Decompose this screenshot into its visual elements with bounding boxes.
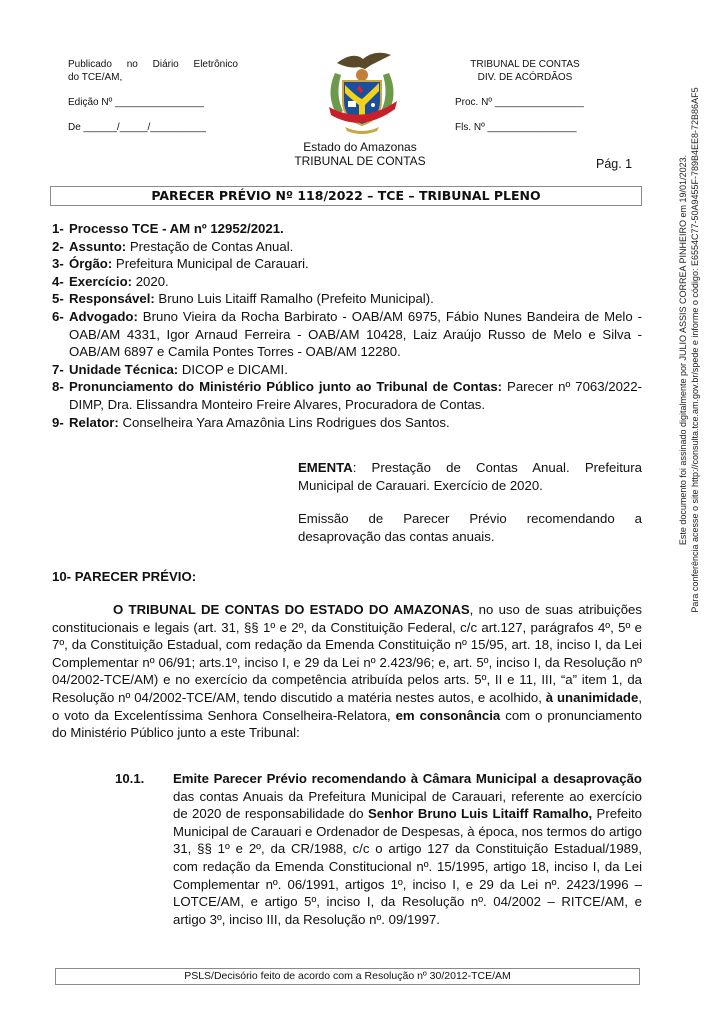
item-number: 6- bbox=[52, 308, 69, 361]
item-text: Relator: Conselheira Yara Amazônia Lins … bbox=[69, 414, 642, 432]
item-text: Responsável: Bruno Luis Litaiff Ramalho … bbox=[69, 290, 642, 308]
item-number: 8- bbox=[52, 378, 69, 413]
item-text: Advogado: Bruno Vieira da Rocha Barbirat… bbox=[69, 308, 642, 361]
list-item: 4-Exercício: 2020. bbox=[52, 273, 642, 291]
list-item: 8-Pronunciamento do Ministério Público j… bbox=[52, 378, 642, 413]
case-details-list: 1-Processo TCE - AM nº 12952/2021.2-Assu… bbox=[52, 220, 642, 431]
item-text: Exercício: 2020. bbox=[69, 273, 642, 291]
item-number: 7- bbox=[52, 361, 69, 379]
decision-paragraph: O TRIBUNAL DE CONTAS DO ESTADO DO AMAZON… bbox=[52, 601, 642, 742]
court-name: TRIBUNAL DE CONTAS bbox=[260, 154, 460, 168]
item-text: Assunto: Prestação de Contas Anual. bbox=[69, 238, 642, 256]
list-item: 1-Processo TCE - AM nº 12952/2021. bbox=[52, 220, 642, 238]
published-line1: Publicado no Diário Eletrônico bbox=[68, 58, 238, 71]
right-court-name: TRIBUNAL DE CONTAS bbox=[455, 58, 595, 71]
edition-field: Edição Nº ________________ bbox=[68, 96, 238, 109]
list-item: 5-Responsável: Bruno Luis Litaiff Ramalh… bbox=[52, 290, 642, 308]
state-heading: Estado do Amazonas TRIBUNAL DE CONTAS bbox=[260, 140, 460, 168]
item-text: Processo TCE - AM nº 12952/2021. bbox=[69, 220, 642, 238]
list-item: 7-Unidade Técnica: DICOP e DICAMI. bbox=[52, 361, 642, 379]
list-item: 6-Advogado: Bruno Vieira da Rocha Barbir… bbox=[52, 308, 642, 361]
list-item: 3-Órgão: Prefeitura Municipal de Carauar… bbox=[52, 255, 642, 273]
item-number: 4- bbox=[52, 273, 69, 291]
item-number: 9- bbox=[52, 414, 69, 432]
coat-of-arms-icon bbox=[323, 45, 401, 137]
division-block: TRIBUNAL DE CONTAS DIV. DE ACÓRDÃOS Proc… bbox=[455, 58, 615, 134]
item-text: Unidade Técnica: DICOP e DICAMI. bbox=[69, 361, 642, 379]
ementa-second: Emissão de Parecer Prévio recomendando a… bbox=[298, 510, 642, 545]
footer-note: PSLS/Decisório feito de acordo com a Res… bbox=[55, 968, 640, 985]
ementa-summary: EMENTA: Prestação de Contas Anual. Prefe… bbox=[298, 459, 642, 494]
signature-line: Este documento foi assinado digitalmente… bbox=[677, 70, 689, 630]
decision-item-number: 10.1. bbox=[115, 770, 173, 928]
published-line2: do TCE/AM, bbox=[68, 71, 238, 84]
decision-item-10-1: 10.1. Emite Parecer Prévio recomendando … bbox=[115, 770, 642, 928]
division-name: DIV. DE ACÓRDÃOS bbox=[455, 71, 595, 84]
list-item: 9-Relator: Conselheira Yara Amazônia Lin… bbox=[52, 414, 642, 432]
digital-signature-stamp: Este documento foi assinado digitalmente… bbox=[677, 70, 713, 630]
verification-line: Para conferência acesse o site http://co… bbox=[689, 70, 701, 630]
section-heading: 10- PARECER PRÉVIO: bbox=[52, 569, 196, 584]
proc-field: Proc. Nº ________________ bbox=[455, 96, 615, 109]
item-number: 2- bbox=[52, 238, 69, 256]
ementa-label: EMENTA bbox=[298, 460, 353, 475]
fls-field: Fls. Nº ________________ bbox=[455, 121, 615, 134]
ementa-block: EMENTA: Prestação de Contas Anual. Prefe… bbox=[298, 459, 642, 561]
item-text: Órgão: Prefeitura Municipal de Carauari. bbox=[69, 255, 642, 273]
page-number: Pág. 1 bbox=[596, 157, 632, 171]
item-number: 5- bbox=[52, 290, 69, 308]
state-name: Estado do Amazonas bbox=[260, 140, 460, 154]
date-field: De ______/_____/__________ bbox=[68, 121, 238, 134]
item-text: Pronunciamento do Ministério Público jun… bbox=[69, 378, 642, 413]
publication-block: Publicado no Diário Eletrônico do TCE/AM… bbox=[68, 58, 238, 134]
list-item: 2-Assunto: Prestação de Contas Anual. bbox=[52, 238, 642, 256]
document-title: PARECER PRÉVIO Nº 118/2022 – TCE – TRIBU… bbox=[50, 186, 642, 206]
item-number: 3- bbox=[52, 255, 69, 273]
decision-item-text: Emite Parecer Prévio recomendando à Câma… bbox=[173, 770, 642, 928]
item-number: 1- bbox=[52, 220, 69, 238]
